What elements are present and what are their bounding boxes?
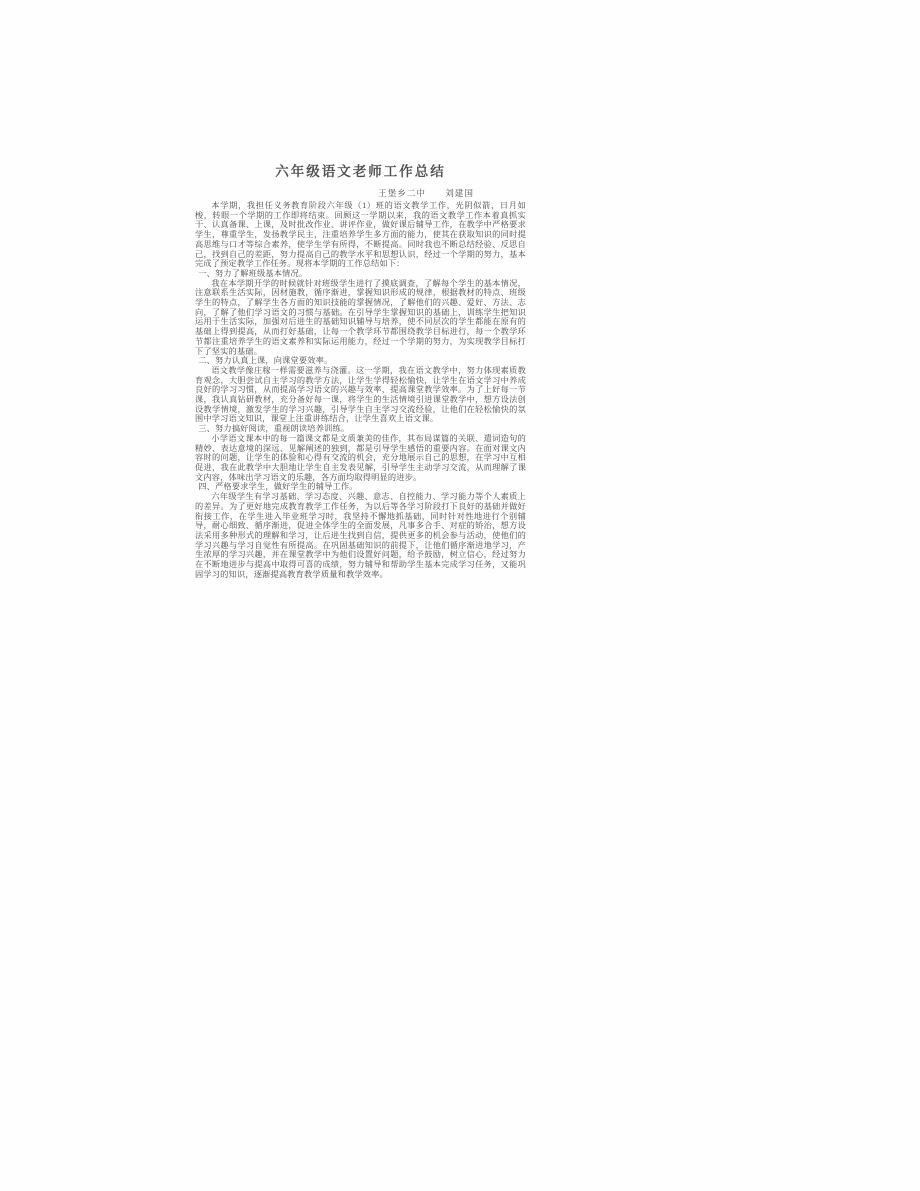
section-heading: 三、努力搞好阅读，重视朗读培养训练。 (195, 424, 526, 434)
paragraph: 小学语文课本中的每一篇课文都是文质兼美的佳作，其布局谋篇的关联、遣词造句的精妙、… (195, 434, 526, 483)
paragraph: 语文教学像庄稼一样需要滋养与浇灌。这一学期，我在语文教学中，努力体现素质教育观念… (195, 366, 526, 424)
document-text-block: 六年级语文老师工作总结 王堡乡二中 刘建国 本学期，我担任义务教育阶段六年级（1… (195, 160, 526, 579)
byline: 王堡乡二中 刘建国 (195, 187, 526, 199)
section-heading: 二、努力认真上课，向课堂要效率。 (195, 356, 526, 366)
paragraph: 本学期，我担任义务教育阶段六年级（1）班的语文教学工作，光阴似箭，日月如梭，转眼… (195, 201, 526, 269)
paragraph: 六年级学生有学习基础、学习态度、兴趣、意志、自控能力、学习能力等个人素质上的差异… (195, 492, 526, 579)
paragraph: 我在本学期开学的时候就针对班级学生进行了摸底调查，了解每个学生的基本情况，注意联… (195, 279, 526, 357)
page-title: 六年级语文老师工作总结 (195, 160, 526, 180)
section-heading: 四、严格要求学生，做好学生的辅导工作。 (195, 482, 526, 492)
scanned-document-page: 六年级语文老师工作总结 王堡乡二中 刘建国 本学期，我担任义务教育阶段六年级（1… (0, 0, 920, 1191)
section-heading: 一、努力了解班级基本情况。 (195, 269, 526, 279)
